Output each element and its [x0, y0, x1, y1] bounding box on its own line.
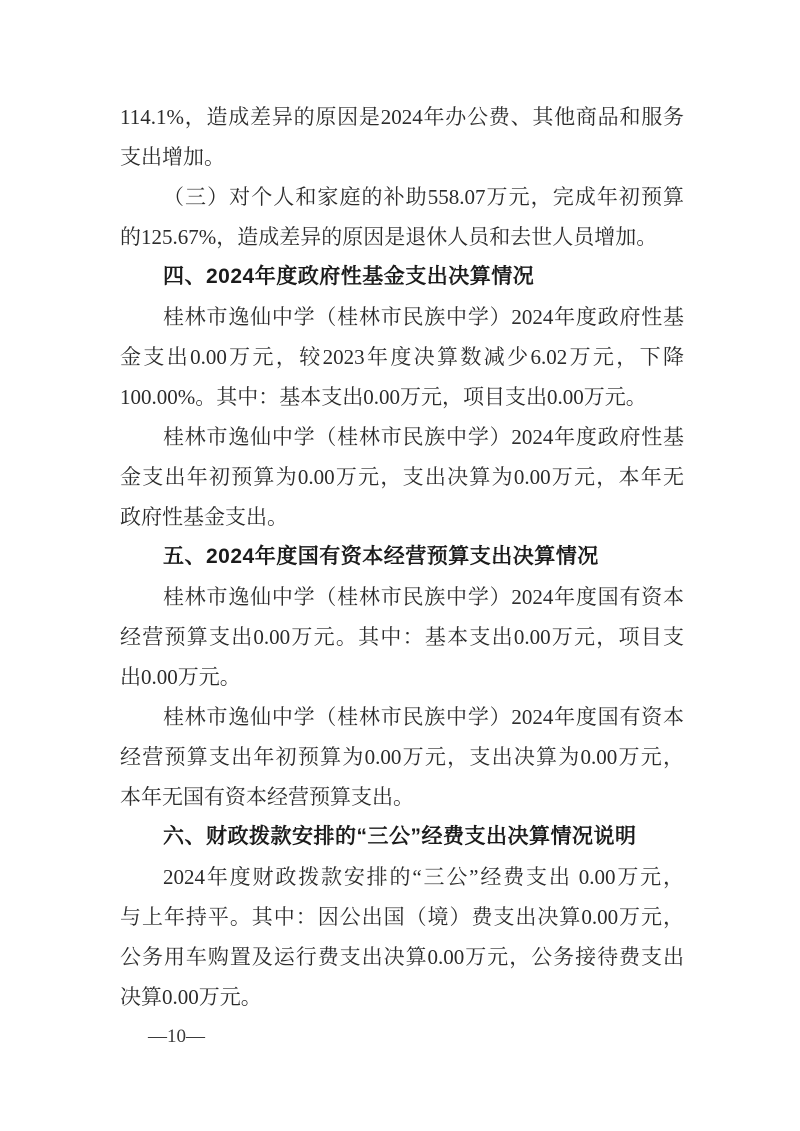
- text-line: 桂林市逸仙中学（桂林市民族中学）2024年度政府性基: [120, 297, 684, 337]
- heading-section-4-gov-fund: 四、2024年度政府性基金支出决算情况: [120, 257, 684, 297]
- text-line: 本年无国有资本经营预算支出。: [120, 777, 684, 817]
- heading-section-6-three-public: 六、财政拨款安排的“三公”经费支出决算情况说明: [120, 817, 684, 857]
- text-line: 与上年持平。其中：因公出国（境）费支出决算0.00万元，: [120, 897, 684, 937]
- text-line: 100.00%。其中：基本支出0.00万元，项目支出0.00万元。: [120, 377, 684, 417]
- text-line: 桂林市逸仙中学（桂林市民族中学）2024年度政府性基: [120, 417, 684, 457]
- text-line: 2024年度财政拨款安排的“三公”经费支出 0.00万元，: [120, 857, 684, 897]
- text-line: 金支出年初预算为0.00万元，支出决算为0.00万元，本年无: [120, 457, 684, 497]
- text-line: 经营预算支出年初预算为0.00万元，支出决算为0.00万元，: [120, 737, 684, 777]
- text-line: 桂林市逸仙中学（桂林市民族中学）2024年度国有资本: [120, 697, 684, 737]
- text-line: 经营预算支出0.00万元。其中：基本支出0.00万元，项目支: [120, 617, 684, 657]
- text-line: 政府性基金支出。: [120, 497, 684, 537]
- para-individual-family-subsidy: （三）对个人和家庭的补助558.07万元，完成年初预算的125.67%，造成差异…: [120, 177, 684, 257]
- document-page: 114.1%，造成差异的原因是2024年办公费、其他商品和服务支出增加。（三）对…: [0, 0, 800, 1131]
- text-line: 出0.00万元。: [120, 657, 684, 697]
- text-line: （三）对个人和家庭的补助558.07万元，完成年初预算: [120, 177, 684, 217]
- heading-line: 五、2024年度国有资本经营预算支出决算情况: [120, 537, 684, 577]
- text-line: 公务用车购置及运行费支出决算0.00万元，公务接待费支出: [120, 937, 684, 977]
- heading-line: 四、2024年度政府性基金支出决算情况: [120, 257, 684, 297]
- heading-section-5-state-capital: 五、2024年度国有资本经营预算支出决算情况: [120, 537, 684, 577]
- para-goods-services-diff: 114.1%，造成差异的原因是2024年办公费、其他商品和服务支出增加。: [120, 97, 684, 177]
- para-three-public-expense: 2024年度财政拨款安排的“三公”经费支出 0.00万元，与上年持平。其中：因公…: [120, 857, 684, 1017]
- text-line: 金支出0.00万元，较2023年度决算数减少6.02万元，下降: [120, 337, 684, 377]
- text-line: 的125.67%，造成差异的原因是退休人员和去世人员增加。: [120, 217, 684, 257]
- text-line: 决算0.00万元。: [120, 977, 684, 1017]
- text-line: 114.1%，造成差异的原因是2024年办公费、其他商品和服务: [120, 97, 684, 137]
- text-line: 支出增加。: [120, 137, 684, 177]
- heading-line: 六、财政拨款安排的“三公”经费支出决算情况说明: [120, 817, 684, 857]
- document-body: 114.1%，造成差异的原因是2024年办公费、其他商品和服务支出增加。（三）对…: [120, 97, 684, 1017]
- text-line: 桂林市逸仙中学（桂林市民族中学）2024年度国有资本: [120, 577, 684, 617]
- para-gov-fund-expense: 桂林市逸仙中学（桂林市民族中学）2024年度政府性基金支出0.00万元，较202…: [120, 297, 684, 417]
- para-state-capital-expense: 桂林市逸仙中学（桂林市民族中学）2024年度国有资本经营预算支出0.00万元。其…: [120, 577, 684, 697]
- page-number: —10—: [148, 1025, 684, 1049]
- para-gov-fund-budget: 桂林市逸仙中学（桂林市民族中学）2024年度政府性基金支出年初预算为0.00万元…: [120, 417, 684, 537]
- para-state-capital-budget: 桂林市逸仙中学（桂林市民族中学）2024年度国有资本经营预算支出年初预算为0.0…: [120, 697, 684, 817]
